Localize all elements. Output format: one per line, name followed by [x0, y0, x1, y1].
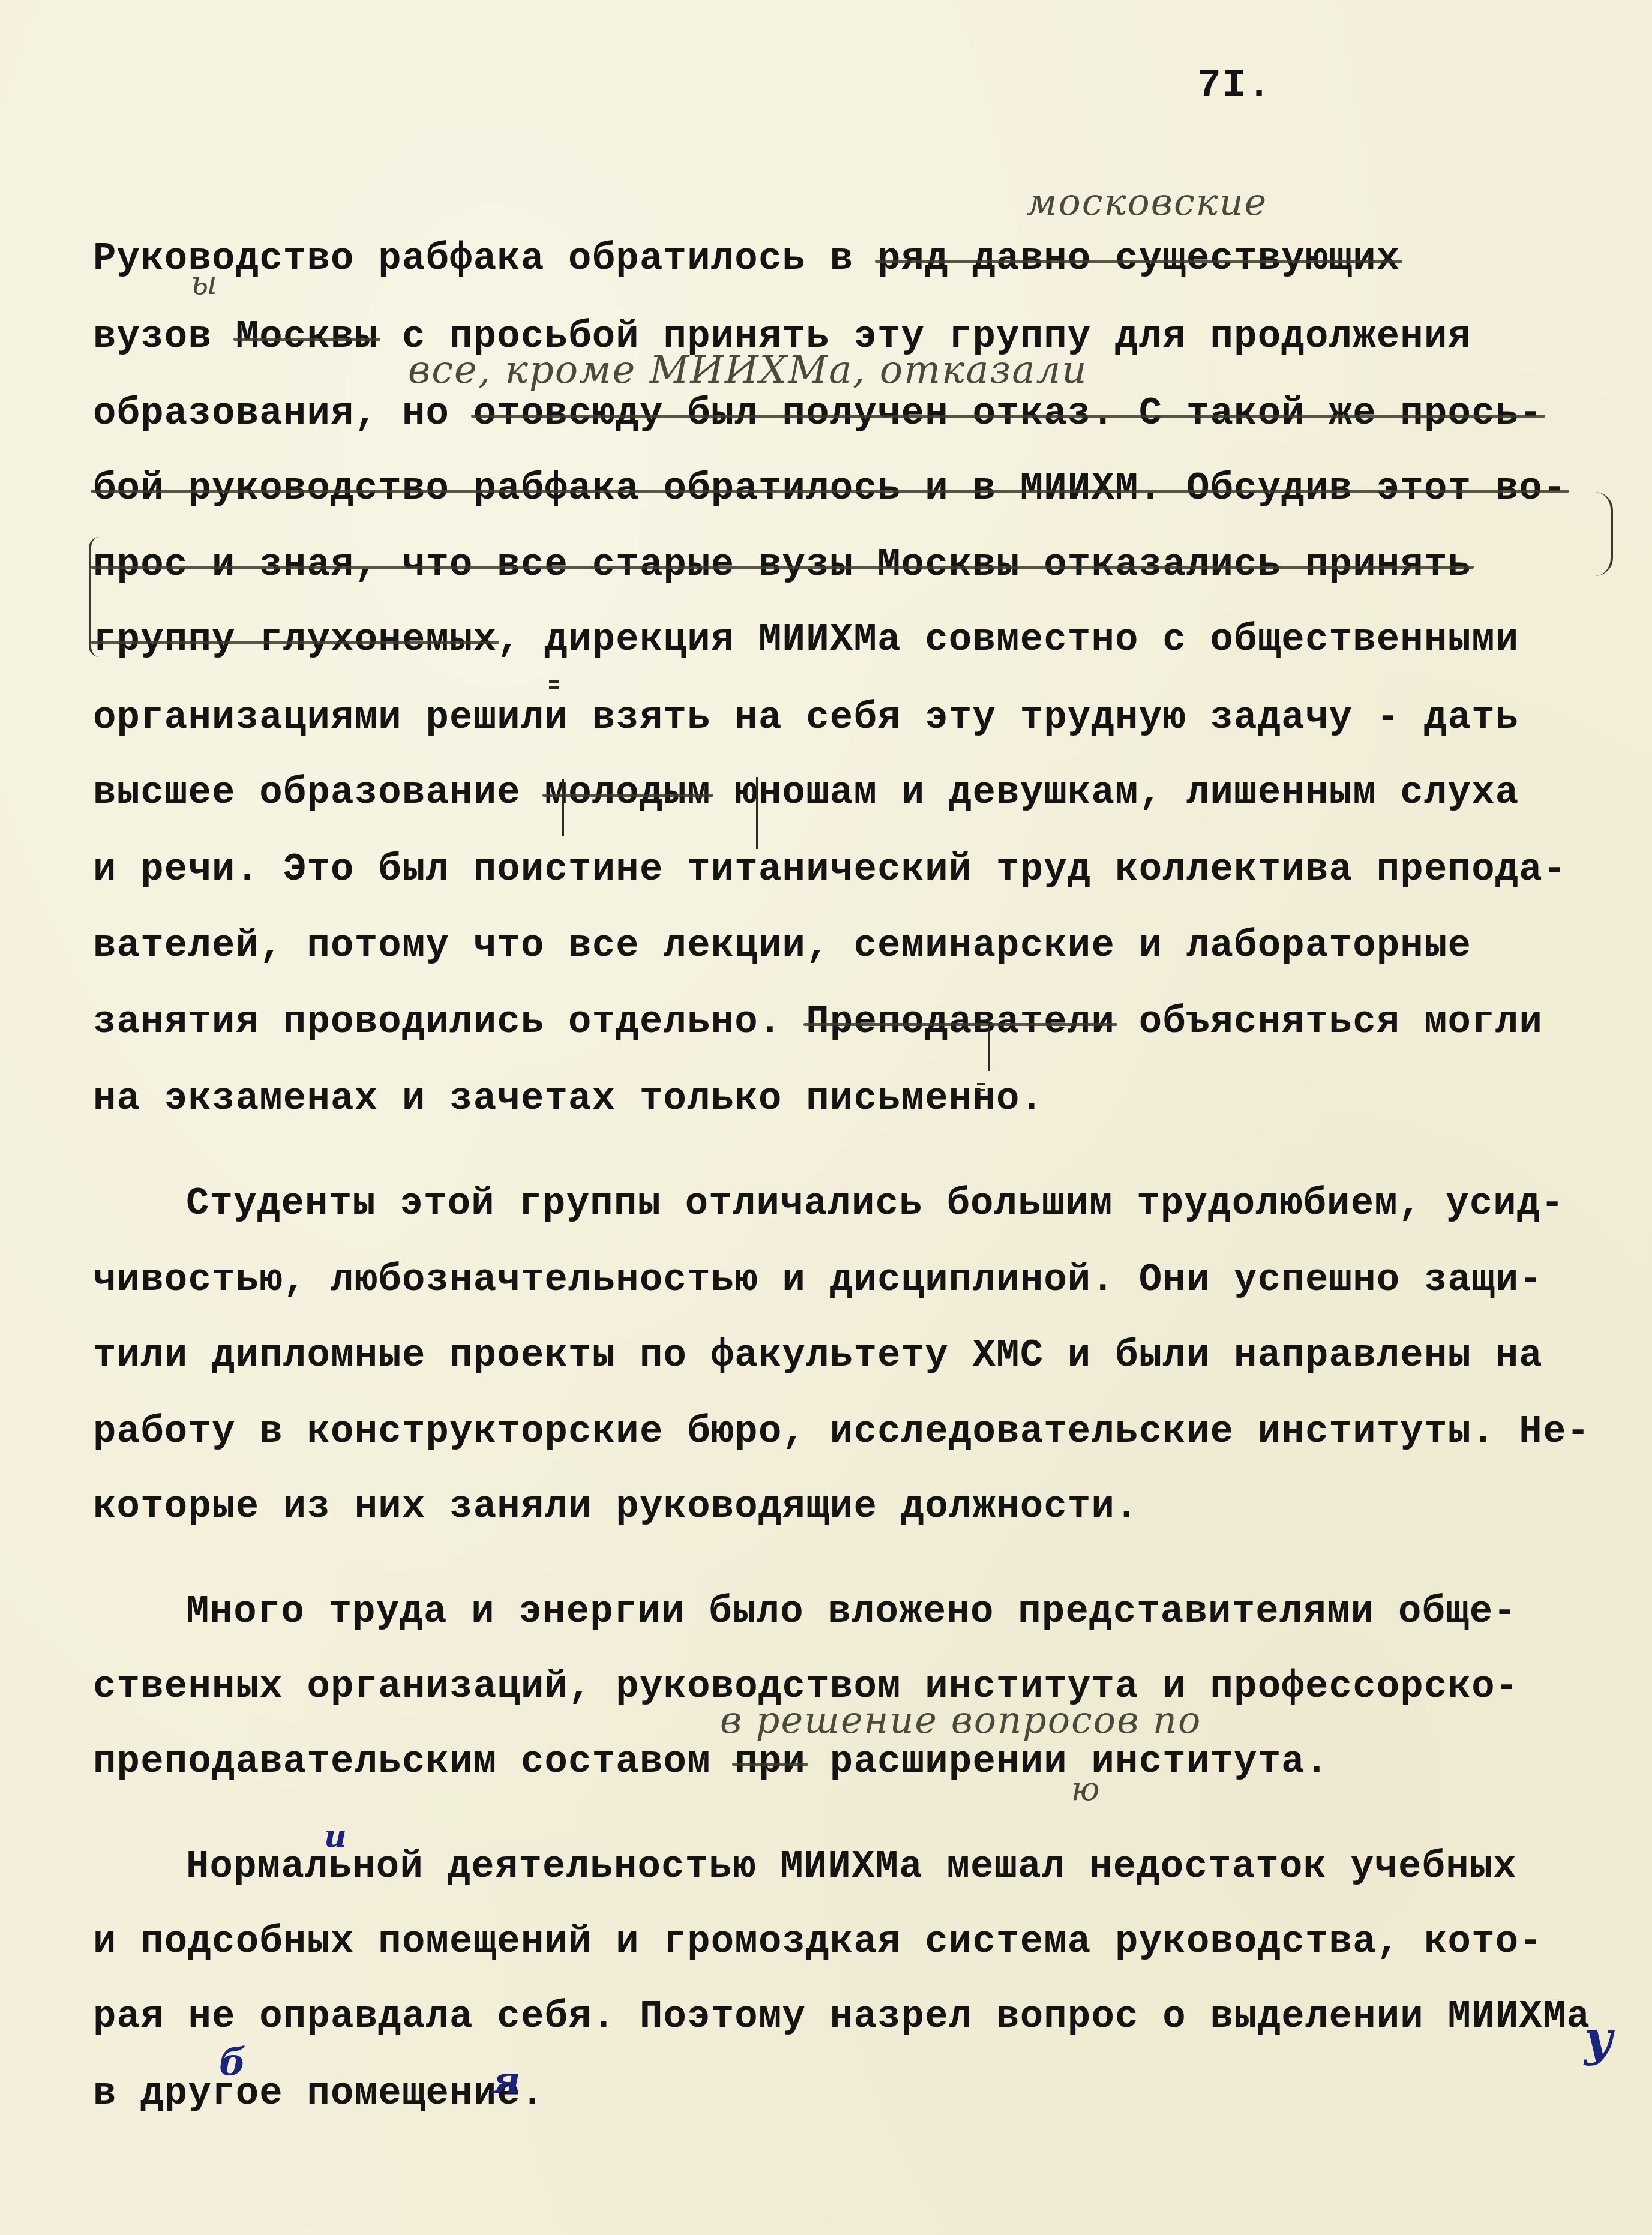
text-line: преподавательским составом при расширени… [93, 1743, 1329, 1781]
text-segment: вателей, потому что все лекции, семинарс… [93, 925, 1471, 968]
text-segment: тили дипломные проекты по факультету ХМС… [93, 1334, 1543, 1378]
text-line: тили дипломные проекты по факультету ХМС… [93, 1337, 1543, 1375]
text-segment: вузов [93, 316, 236, 359]
annotation-u: у [1584, 2010, 1614, 2066]
annotation-v-reshenie: в решение вопросов по [720, 1698, 1201, 1742]
text-segment: работу в конструкторские бюро, исследова… [93, 1411, 1590, 1454]
text-segment: юношам и девушкам, лишенным слуха [711, 772, 1519, 815]
struck-text: группу глухонемых [93, 619, 497, 662]
annotation-i: и [324, 1818, 348, 1855]
text-segment: чивостью, любозначтельностью и дисциплин… [93, 1259, 1543, 1302]
text-segment: Студенты этой группы отличались большим … [186, 1183, 1564, 1226]
text-line: в другое помещение. [93, 2075, 545, 2113]
text-line: Нормальной деятельностью МИИХМа мешал не… [186, 1848, 1517, 1886]
text-segment: рая не оправдала себя. Поэтому назрел во… [93, 1996, 1590, 2039]
text-line: работу в конструкторские бюро, исследова… [93, 1413, 1590, 1451]
insertion-mark [977, 1083, 985, 1085]
annotation-yu: ю [1071, 1770, 1101, 1808]
text-line: чивостью, любозначтельностью и дисциплин… [93, 1261, 1543, 1300]
annotation-b: б [219, 2040, 247, 2084]
text-line: группу глухонемых, дирекция МИИХМа совме… [93, 621, 1519, 659]
text-line: бой руководство рабфака обратилось и в М… [93, 470, 1567, 508]
edit-bracket-right [1595, 492, 1613, 576]
text-line: Много труда и энергии было вложено предс… [186, 1593, 1517, 1631]
insertion-mark [549, 686, 559, 689]
annotation-vse-krome: все, кроме МИИХМа, отказали [408, 348, 1087, 392]
text-segment: высшее образование [93, 772, 545, 815]
text-segment: Нормальной деятельностью МИИХМа мешал не… [186, 1846, 1517, 1889]
text-segment: Много труда и энергии было вложено предс… [186, 1591, 1517, 1634]
struck-text: молодым [545, 772, 711, 815]
text-line: прос и зная, что все старые вузы Москвы … [93, 546, 1471, 584]
text-segment: преподавательским составом [93, 1741, 734, 1784]
text-segment: на экзаменах и зачетах только письменно. [93, 1078, 1044, 1121]
struck-text: при [734, 1741, 806, 1784]
annotation-y: ы [191, 264, 218, 302]
text-line: вателей, потому что все лекции, семинарс… [93, 927, 1471, 965]
text-line: и подсобных помещений и громоздкая систе… [93, 1923, 1543, 1961]
text-line: на экзаменах и зачетах только письменно. [93, 1080, 1044, 1118]
struck-text: Москвы [236, 316, 379, 359]
text-segment: образования, но [93, 392, 473, 436]
text-line: организациями решили взять на себя эту т… [93, 699, 1519, 737]
text-segment: расширении института. [806, 1741, 1329, 1784]
text-segment: и подсобных помещений и громоздкая систе… [93, 1921, 1543, 1964]
text-segment: в другое помещение. [93, 2072, 545, 2116]
text-line: Студенты этой группы отличались большим … [186, 1185, 1564, 1223]
text-line: которые из них заняли руководящие должно… [93, 1488, 1139, 1526]
page-number: 7I. [1197, 63, 1272, 108]
text-line: образования, но отовсюду был получен отк… [93, 395, 1543, 433]
text-segment: организациями решили взять на себя эту т… [93, 697, 1519, 740]
text-segment: объясняться могли [1115, 1001, 1543, 1044]
struck-text: ряд давно существующих [877, 238, 1400, 281]
text-segment: и речи. Это был поистине титанический тр… [93, 848, 1567, 892]
annotation-moskovskie: московские [1026, 180, 1267, 224]
insertion-mark [549, 680, 559, 683]
struck-text: Преподаватели [806, 1001, 1115, 1044]
text-segment: , дирекция МИИХМа совместно с общественн… [497, 619, 1519, 662]
struck-text: прос и зная, что все старые вузы Москвы … [93, 544, 1471, 587]
insertion-mark [977, 1089, 985, 1091]
struck-boundary-mark [562, 779, 564, 836]
text-line: занятия проводились отдельно. Преподават… [93, 1003, 1543, 1042]
struck-text: бой руководство рабфака обратилось и в М… [93, 467, 1567, 511]
struck-boundary-mark [756, 777, 758, 849]
text-line: рая не оправдала себя. Поэтому назрел во… [93, 1998, 1590, 2036]
struck-boundary-mark [988, 1020, 990, 1071]
annotation-ya: я [491, 2058, 521, 2102]
text-line: высшее образование молодым юношам и деву… [93, 774, 1519, 812]
text-segment: которые из них заняли руководящие должно… [93, 1486, 1139, 1529]
struck-text: отовсюду был получен отказ. С такой же п… [473, 392, 1543, 436]
text-line: и речи. Это был поистине титанический тр… [93, 851, 1567, 889]
text-segment: занятия проводились отдельно. [93, 1001, 806, 1044]
text-line: Руководство рабфака обратилось в ряд дав… [93, 240, 1400, 278]
edit-bracket-left [89, 537, 100, 657]
